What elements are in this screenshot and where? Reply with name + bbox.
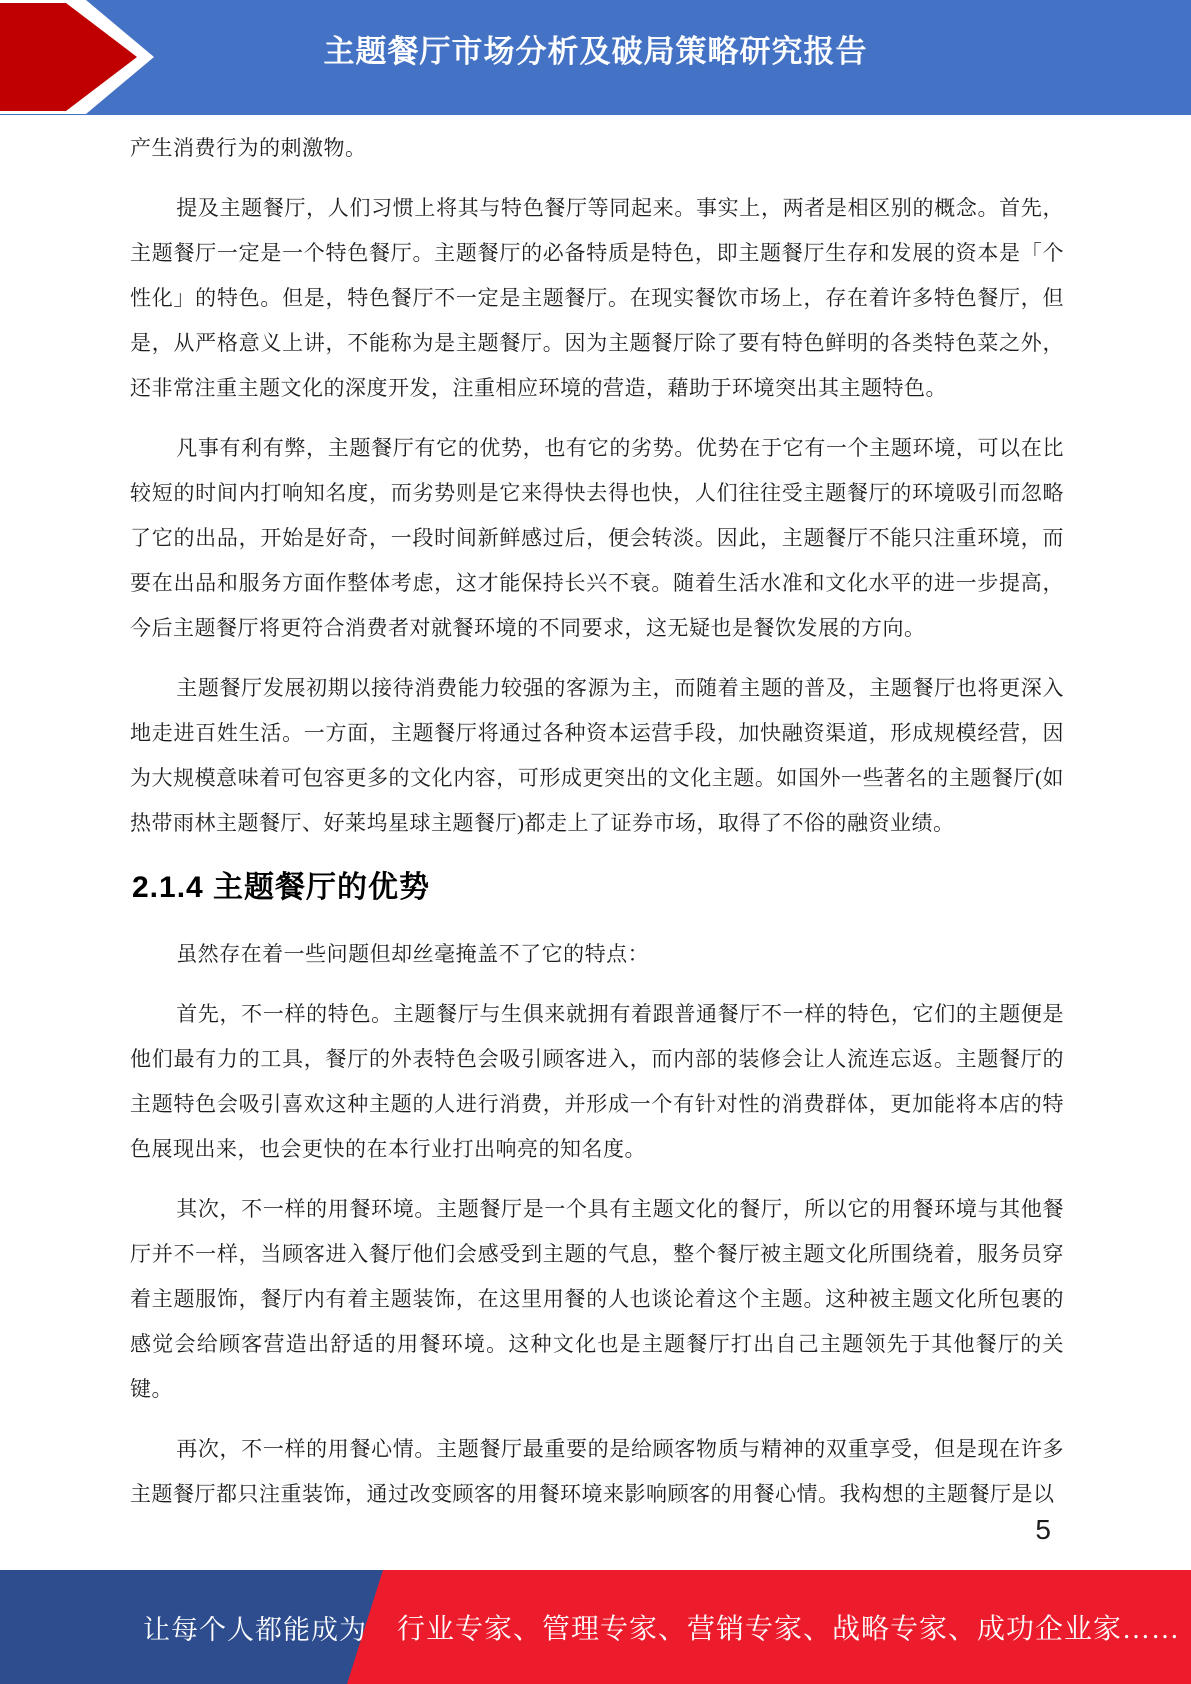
page-title: 主题餐厅市场分析及破局策略研究报告 xyxy=(0,26,1191,71)
footer-slogan-right: 行业专家、管理专家、营销专家、战略专家、成功企业家…… xyxy=(397,1570,1180,1684)
paragraph: 虽然存在着一些问题但却丝毫掩盖不了它的特点： xyxy=(130,932,1064,977)
footer-slogan-left: 让每个人都能成为 xyxy=(143,1570,367,1684)
paragraph: 提及主题餐厅，人们习惯上将其与特色餐厅等同起来。事实上，两者是相区别的概念。首先… xyxy=(130,186,1064,411)
page-number: 5 xyxy=(1035,1514,1051,1546)
footer-bar: 让每个人都能成为 行业专家、管理专家、营销专家、战略专家、成功企业家…… xyxy=(0,1570,1191,1684)
paragraph: 凡事有利有弊，主题餐厅有它的优势，也有它的劣势。优势在于它有一个主题环境，可以在… xyxy=(130,426,1064,651)
paragraph: 再次，不一样的用餐心情。主题餐厅最重要的是给顾客物质与精神的双重享受，但是现在许… xyxy=(130,1427,1064,1517)
document-body: 产生消费行为的刺激物。 提及主题餐厅，人们习惯上将其与特色餐厅等同起来。事实上，… xyxy=(130,126,1064,1532)
paragraph: 首先，不一样的特色。主题餐厅与生俱来就拥有着跟普通餐厅不一样的特色，它们的主题便… xyxy=(130,992,1064,1172)
paragraph: 其次，不一样的用餐环境。主题餐厅是一个具有主题文化的餐厅，所以它的用餐环境与其他… xyxy=(130,1187,1064,1412)
section-heading: 2.1.4 主题餐厅的优势 xyxy=(132,868,1064,908)
paragraph: 主题餐厅发展初期以接待消费能力较强的客源为主，而随着主题的普及，主题餐厅也将更深… xyxy=(130,666,1064,846)
document-page: 主题餐厅市场分析及破局策略研究报告 产生消费行为的刺激物。 提及主题餐厅，人们习… xyxy=(0,0,1191,1684)
header-banner: 主题餐厅市场分析及破局策略研究报告 xyxy=(0,0,1191,115)
paragraph: 产生消费行为的刺激物。 xyxy=(130,126,1064,171)
